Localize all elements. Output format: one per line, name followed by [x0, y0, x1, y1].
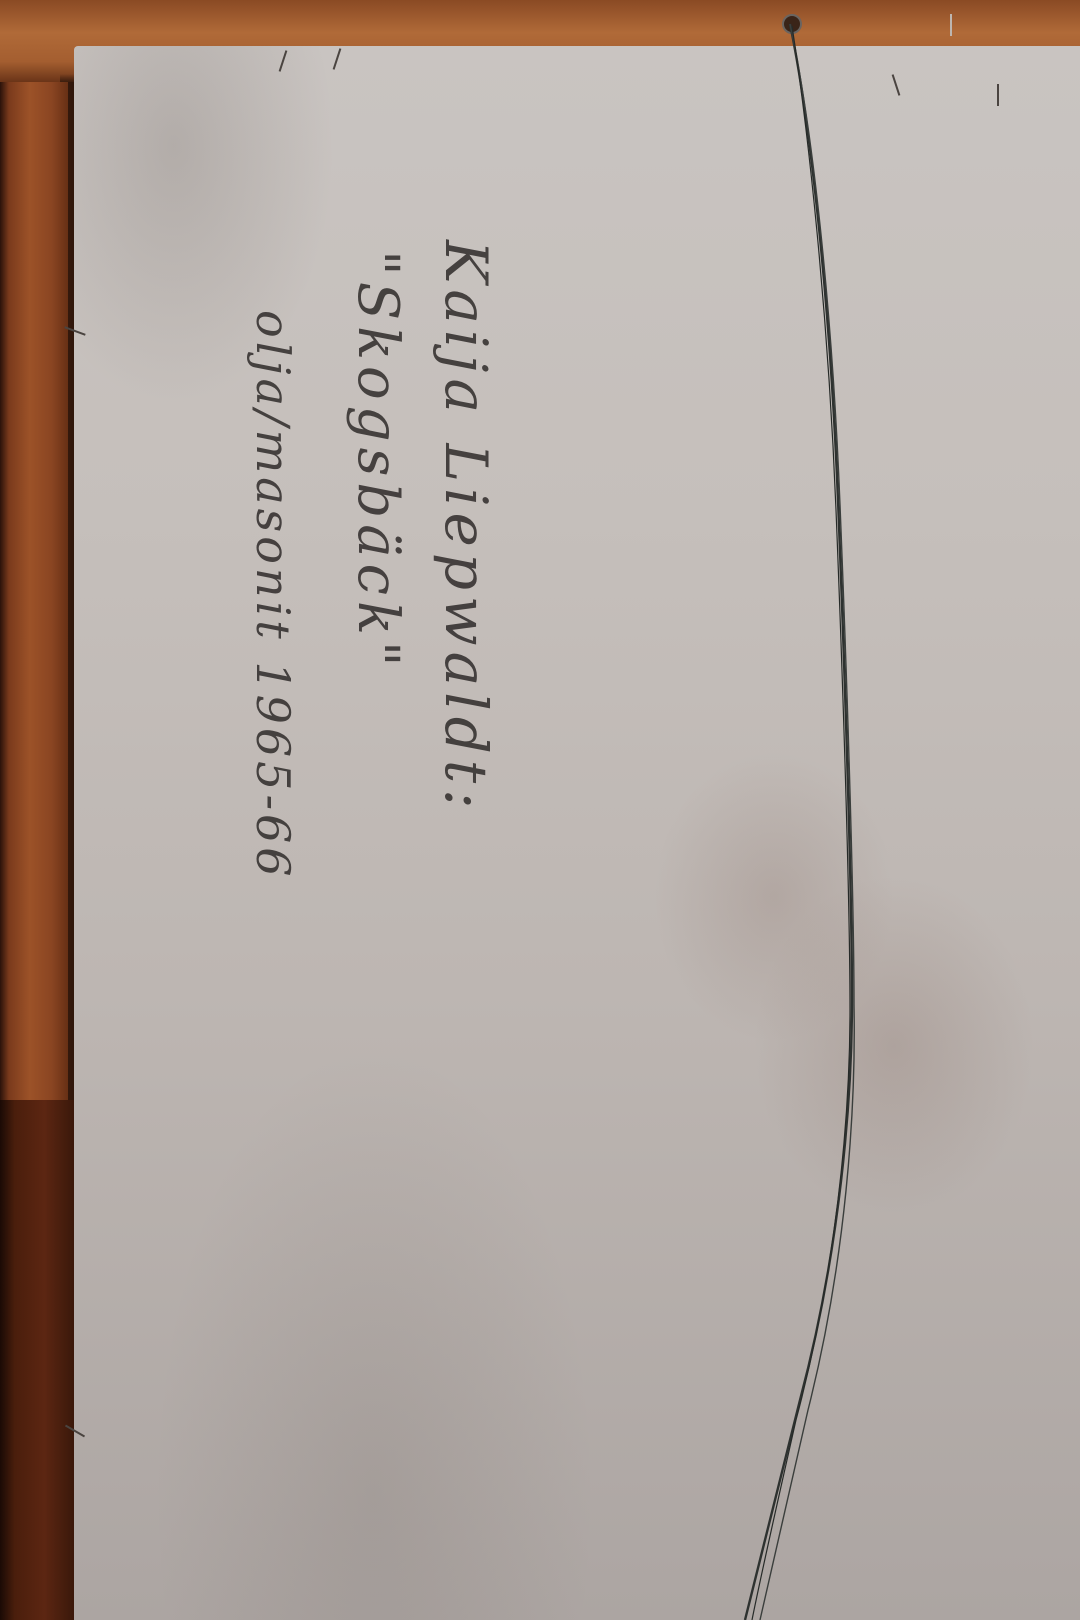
- artist-name: Kaija Liepwaldt:: [432, 240, 500, 815]
- wooden-frame-left-shadow: [0, 1100, 74, 1620]
- nail-icon: [950, 14, 952, 36]
- medium-and-date: olja/masonit 1965-66: [246, 310, 300, 881]
- handwritten-inscription: Kaija Liepwaldt: "Skogsbäck" olja/masoni…: [210, 230, 510, 1060]
- staple-icon: [997, 84, 999, 106]
- hanging-hook-icon: [782, 14, 802, 34]
- artwork-title: "Skogsbäck": [345, 250, 410, 673]
